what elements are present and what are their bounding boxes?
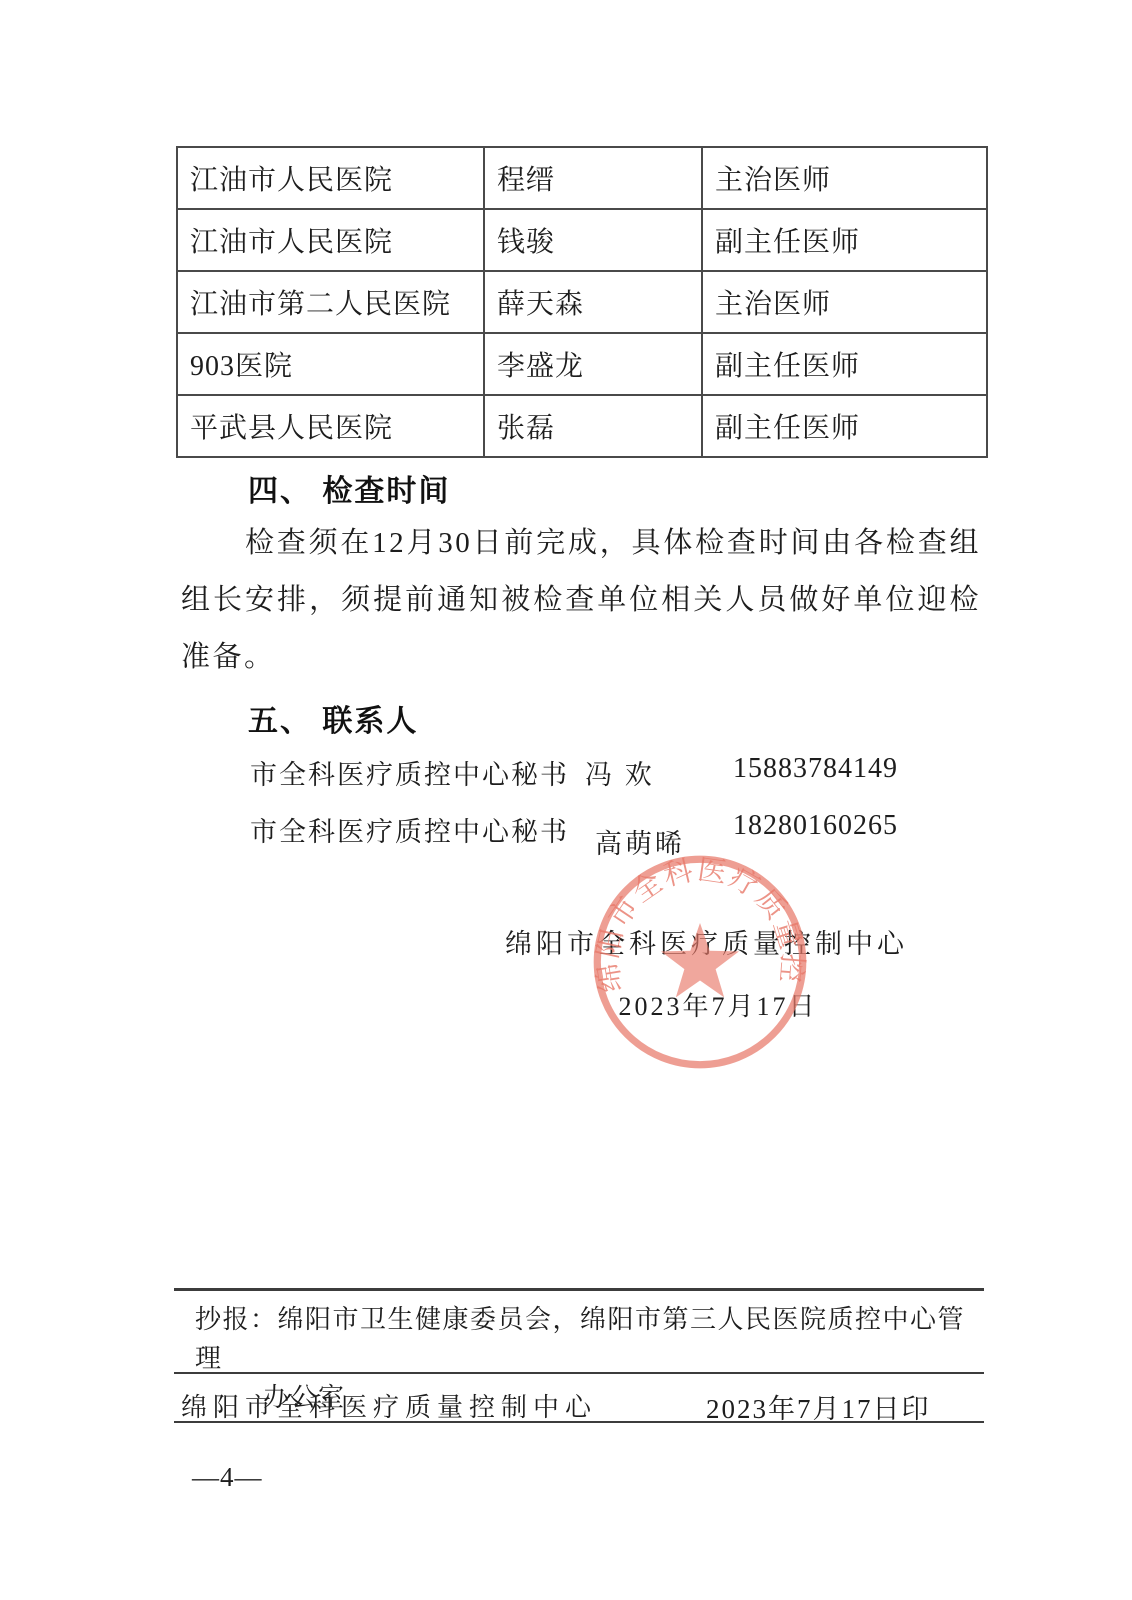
cc-line: 抄报：绵阳市卫生健康委员会，绵阳市第三人民医院质控中心管理	[195, 1300, 965, 1378]
page-number: —4—	[192, 1462, 263, 1493]
org-cell: 平武县人民医院	[177, 395, 484, 457]
name-cell: 钱骏	[484, 209, 702, 271]
footer-divider-bottom	[174, 1421, 984, 1423]
inspector-table: 江油市人民医院 程缙 主治医师 江油市人民医院 钱骏 副主任医师 江油市第二人民…	[176, 146, 988, 458]
table-row: 江油市人民医院 程缙 主治医师	[177, 147, 987, 209]
org-cell: 江油市第二人民医院	[177, 271, 484, 333]
contact-role: 市全科医疗质控中心秘书	[250, 810, 569, 849]
name-cell: 薛天森	[484, 271, 702, 333]
contact-role: 市全科医疗质控中心秘书	[250, 753, 569, 792]
table-row: 903医院 李盛龙 副主任医师	[177, 333, 987, 395]
inspection-time-paragraph: 检查须在12月30日前完成，具体检查时间由各检查组组长安排，须提前通知被检查单位…	[181, 515, 981, 686]
org-cell: 江油市人民医院	[177, 147, 484, 209]
issuer-row: 绵阳市全科医疗质量控制中心 2023年7月17日印	[181, 1387, 951, 1421]
table-row: 江油市人民医院 钱骏 副主任医师	[177, 209, 987, 271]
contact-row: 市全科医疗质控中心秘书 高萌晞 18280160265	[0, 810, 1132, 850]
title-cell: 副主任医师	[702, 395, 987, 457]
name-cell: 李盛龙	[484, 333, 702, 395]
name-cell: 张磊	[484, 395, 702, 457]
org-cell: 903医院	[177, 333, 484, 395]
section-heading-inspection-time: 四、 检查时间	[248, 466, 450, 510]
section-heading-contacts: 五、 联系人	[248, 696, 418, 740]
footer-divider-middle	[174, 1372, 984, 1374]
contact-phone: 18280160265	[733, 810, 898, 842]
name-cell: 程缙	[484, 147, 702, 209]
footer-divider-top	[174, 1288, 984, 1291]
title-cell: 主治医师	[702, 147, 987, 209]
title-cell: 主治医师	[702, 271, 987, 333]
issuer-organization: 绵阳市全科医疗质量控制中心	[181, 1387, 597, 1424]
contact-row: 市全科医疗质控中心秘书 冯 欢 15883784149	[0, 753, 1132, 793]
table-row: 平武县人民医院 张磊 副主任医师	[177, 395, 987, 457]
document-page: 江油市人民医院 程缙 主治医师 江油市人民医院 钱骏 副主任医师 江油市第二人民…	[0, 0, 1132, 1600]
official-seal-stamp: 绵阳市全科医疗质量控制中心	[587, 849, 813, 1075]
title-cell: 副主任医师	[702, 209, 987, 271]
table-row: 江油市第二人民医院 薛天森 主治医师	[177, 271, 987, 333]
seal-star-icon	[661, 923, 739, 997]
org-cell: 江油市人民医院	[177, 209, 484, 271]
contact-name: 冯 欢	[585, 753, 655, 792]
title-cell: 副主任医师	[702, 333, 987, 395]
contact-phone: 15883784149	[733, 753, 898, 785]
